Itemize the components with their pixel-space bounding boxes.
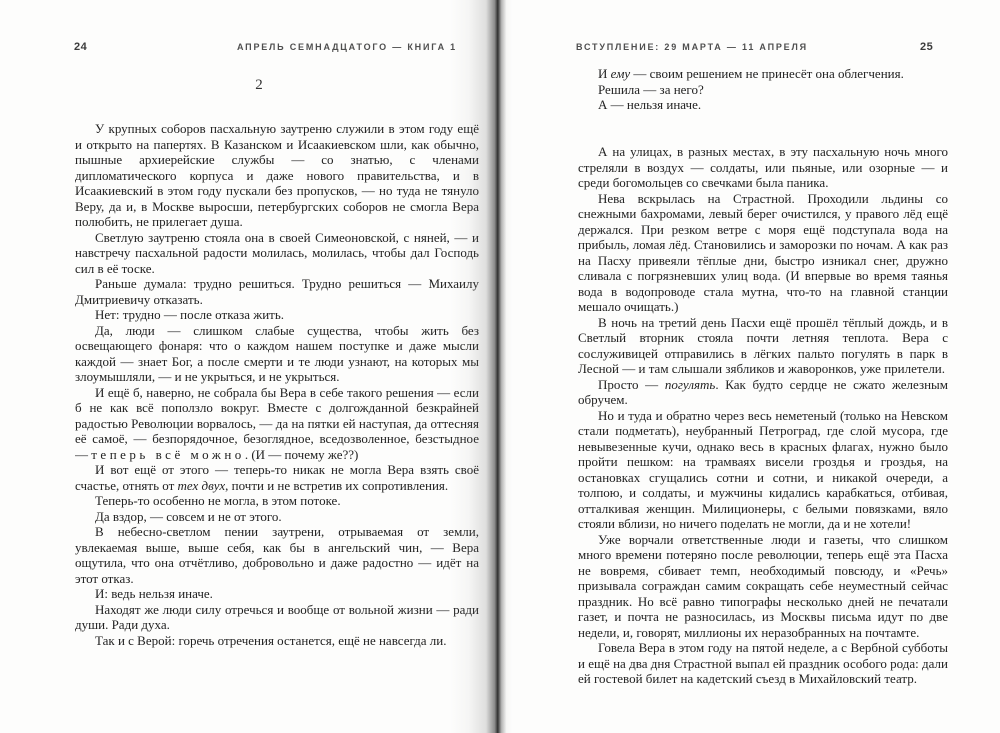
paragraph: Да вздор, — совсем и не от этого. — [75, 509, 479, 525]
text-run: Да вздор, — совсем и не от этого. — [95, 509, 282, 524]
paragraph: Да, люди — слишком слабые существа, чтоб… — [75, 323, 479, 385]
text-run: . (И — почему же??) — [245, 447, 359, 462]
text-run: В небесно-светлом пении заутрени, отрыва… — [75, 524, 479, 586]
text-run: Так и с Верой: горечь отречения останетс… — [95, 633, 446, 648]
right-page-number: 25 — [920, 41, 933, 53]
right-running-title: ВСТУПЛЕНИЕ: 29 МАРТА — 11 АПРЕЛЯ — [576, 42, 808, 52]
paragraph: И вот ещё от этого — теперь-то никак не … — [75, 462, 479, 493]
text-run: Уже ворчали ответственные люди и газеты,… — [578, 532, 948, 640]
paragraph: Так и с Верой: горечь отречения останетс… — [75, 633, 479, 649]
text-run: Решила — за него? — [598, 82, 704, 97]
paragraph: И: ведь нельзя иначе. — [75, 586, 479, 602]
paragraph: И ему — своим решением не принесёт она о… — [578, 66, 948, 82]
paragraph: Говела Вера в этом году на пятой неделе,… — [578, 640, 948, 687]
text-run: Теперь-то особенно не могла, в этом пото… — [95, 493, 341, 508]
chapter-number: 2 — [75, 77, 443, 94]
paragraph: А на улицах, в разных местах, в эту пасх… — [578, 144, 948, 191]
text-run: И: ведь нельзя иначе. — [95, 586, 213, 601]
text-run: Раньше думала: трудно решиться. Трудно р… — [75, 276, 479, 307]
text-run: Говела Вера в этом году на пятой неделе,… — [578, 640, 948, 686]
italic-text: ему — [611, 66, 631, 81]
text-run: Да, люди — слишком слабые существа, чтоб… — [75, 323, 479, 385]
text-run: Нева вскрылась на Страстной. Проходили л… — [578, 191, 948, 315]
paragraph: Светлую заутреню стояла она в своей Симе… — [75, 230, 479, 277]
paragraph: И ещё б, наверно, не собрала бы Вера в с… — [75, 385, 479, 463]
paragraph: А — нельзя иначе. — [578, 97, 948, 113]
paragraph: Уже ворчали ответственные люди и газеты,… — [578, 532, 948, 641]
italic-text: тех двух — [178, 478, 226, 493]
right-page-opening-lines: И ему — своим решением не принесёт она о… — [578, 66, 948, 116]
right-page-text-column: А на улицах, в разных местах, в эту пасх… — [578, 144, 948, 689]
italic-text: погулять — [665, 377, 716, 392]
text-run: Просто — — [598, 377, 665, 392]
paragraph: Решила — за него? — [578, 82, 948, 98]
text-run: И — [598, 66, 611, 81]
text-run: , почти и не встретив их сопротивления. — [225, 478, 448, 493]
text-run: А — нельзя иначе. — [598, 97, 701, 112]
text-run: Находят же люди силу отречься и вообще о… — [75, 602, 479, 633]
paragraph: Раньше думала: трудно решиться. Трудно р… — [75, 276, 479, 307]
text-run: В ночь на третий день Пасхи ещё прошёл т… — [578, 315, 948, 377]
book-spread-scan: 24 АПРЕЛЬ СЕМНАДЦАТОГО — КНИГА 1 2 У кру… — [0, 0, 1000, 733]
paragraph: Находят же люди силу отречься и вообще о… — [75, 602, 479, 633]
letterspaced-emphasis: теперь всё можно — [91, 447, 245, 462]
paragraph: Теперь-то особенно не могла, в этом пото… — [75, 493, 479, 509]
paragraph: В небесно-светлом пении заутрени, отрыва… — [75, 524, 479, 586]
paragraph: В ночь на третий день Пасхи ещё прошёл т… — [578, 315, 948, 377]
text-run: Но и туда и обратно через весь неметеный… — [578, 408, 948, 532]
paragraph: Просто — погулять. Как будто сердце не с… — [578, 377, 948, 408]
left-page-text-column: У крупных соборов пасхальную заутреню сл… — [75, 121, 479, 686]
paragraph: Нет: трудно — после отказа жить. — [75, 307, 479, 323]
left-running-title: АПРЕЛЬ СЕМНАДЦАТОГО — КНИГА 1 — [237, 42, 457, 52]
text-run: Светлую заутреню стояла она в своей Симе… — [75, 230, 479, 276]
text-run: — своим решением не принесёт она облегче… — [630, 66, 904, 81]
paragraph: Нева вскрылась на Страстной. Проходили л… — [578, 191, 948, 315]
text-run: Нет: трудно — после отказа жить. — [95, 307, 284, 322]
paragraph: Но и туда и обратно через весь неметеный… — [578, 408, 948, 532]
paragraph: У крупных соборов пасхальную заутреню сл… — [75, 121, 479, 230]
text-run: У крупных соборов пасхальную заутреню сл… — [75, 121, 479, 229]
left-page-number: 24 — [74, 41, 87, 53]
text-run: А на улицах, в разных местах, в эту пасх… — [578, 144, 948, 190]
